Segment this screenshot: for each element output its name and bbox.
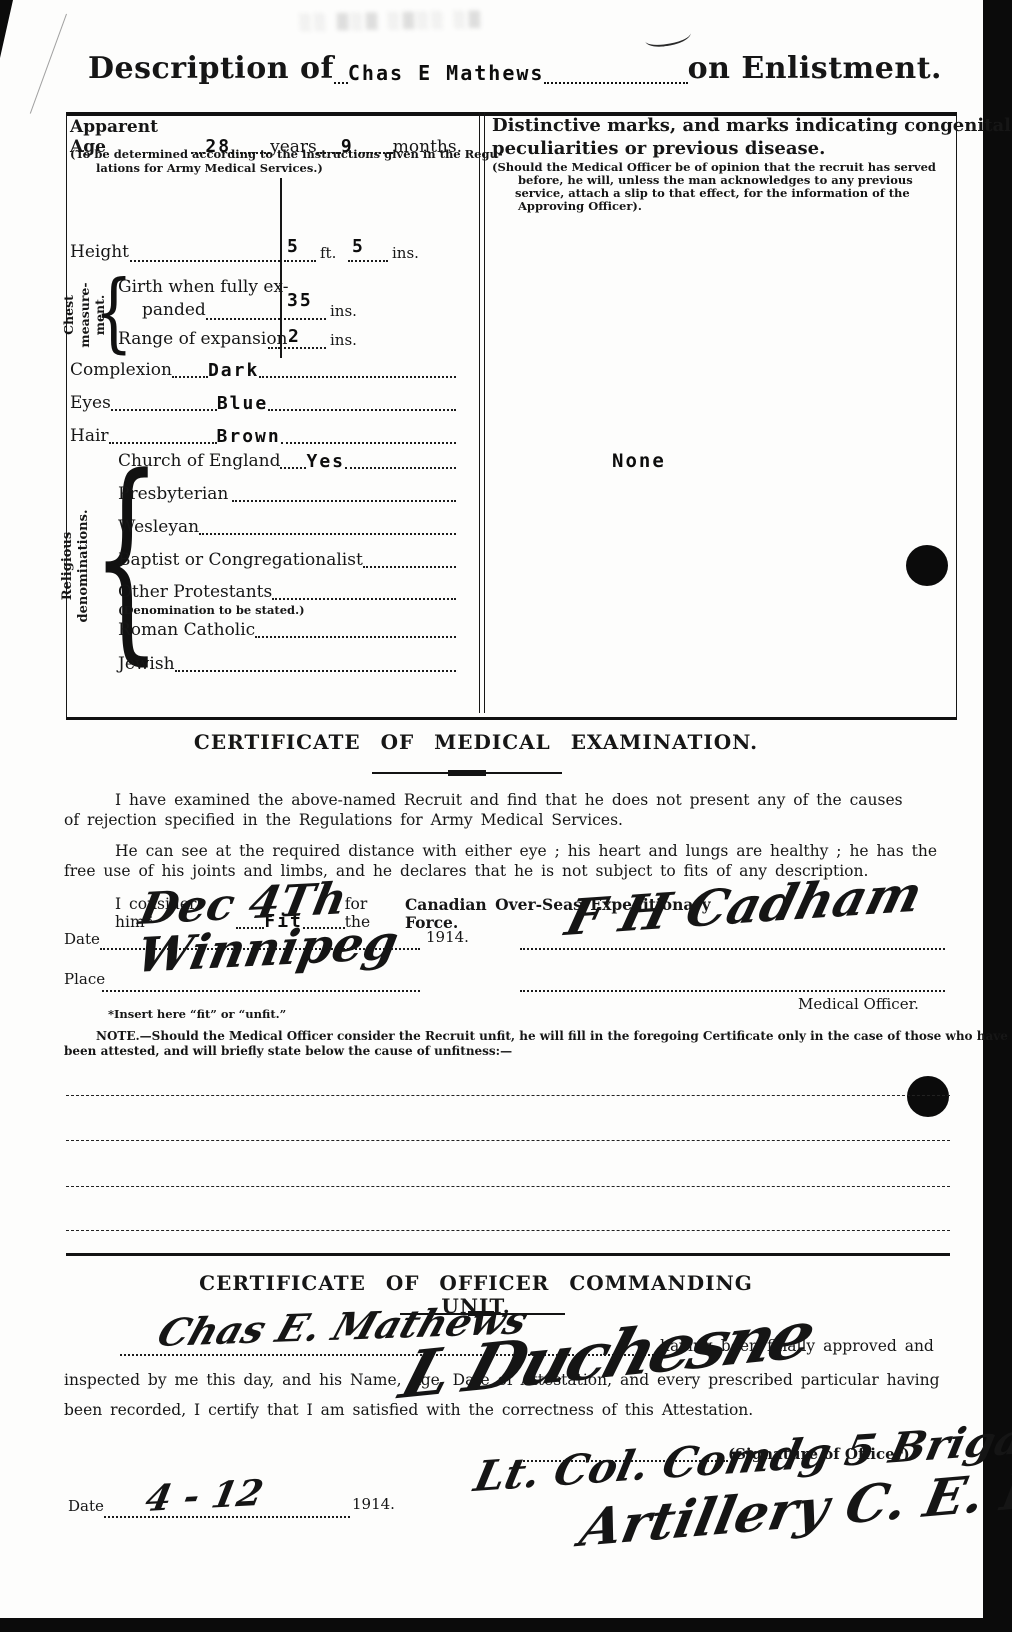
religion-row-jewish: Jewish <box>118 655 456 675</box>
complexion-label: Complexion <box>70 361 172 381</box>
officer-date-label: Date <box>68 1498 104 1515</box>
medical-place-label: Place <box>64 971 105 988</box>
range-label: Range of expansion <box>118 330 288 350</box>
religion-label: Baptist or Congregationalist <box>118 551 363 571</box>
religion-label: Presbyterian <box>118 485 228 505</box>
marks-value: None <box>612 450 666 472</box>
medical-certificate-heading: CERTIFICATE OF MEDICAL EXAMINATION. <box>156 731 796 754</box>
leader <box>172 374 208 378</box>
girth-value: 35 <box>287 290 313 311</box>
age-note-line2: lations for Army Medical Services.) <box>96 162 323 176</box>
scan-line-artifact <box>30 14 68 114</box>
medical-para2-line1: He can see at the required distance with… <box>115 843 937 861</box>
leader <box>268 345 280 349</box>
religion-label: Other Protestants <box>118 583 272 603</box>
leader <box>280 465 306 469</box>
age-note-line1: (To be determined according to the instr… <box>70 148 503 162</box>
scan-edge-strip-bottom <box>0 1618 1012 1632</box>
blank-line-2 <box>66 1138 950 1141</box>
religion-row-roman-catholic: Roman Catholic <box>118 621 456 641</box>
description-box-divider <box>479 112 485 713</box>
leader <box>281 440 456 444</box>
marks-note-line4: Approving Officer). <box>518 200 642 214</box>
medical-officer-label: Medical Officer. <box>798 996 919 1013</box>
religions-label-line: Religious <box>60 532 75 600</box>
hair-value: Brown <box>217 426 281 447</box>
leader <box>206 316 280 320</box>
religions-label-line: denominations. <box>76 510 91 623</box>
height-inches-unit: ins. <box>392 245 419 262</box>
girth-unit: ins. <box>330 303 357 320</box>
religion-label: Wesleyan <box>118 518 199 538</box>
marks-heading-line2: peculiarities or previous disease. <box>492 139 825 160</box>
leader <box>348 258 388 262</box>
religion-label: Church of England <box>118 452 280 472</box>
height-feet-unit: ft. <box>320 245 336 262</box>
leader <box>284 316 326 320</box>
title-suffix: on Enlistment. <box>688 52 942 87</box>
range-value: 2 <box>288 326 301 347</box>
leader <box>232 498 456 502</box>
religion-row-wesleyan: Wesleyan <box>118 518 456 538</box>
leader <box>111 407 217 411</box>
complexion-row: Complexion Dark <box>70 360 456 381</box>
scan-corner-artifact <box>0 0 13 58</box>
medical-note-line2: been attested, and will briefly state be… <box>64 1045 512 1059</box>
leader <box>345 465 456 469</box>
complexion-value: Dark <box>208 360 259 381</box>
eyes-value: Blue <box>217 393 268 414</box>
leader <box>255 634 456 638</box>
height-inches-value: 5 <box>352 236 365 257</box>
blank-line-3 <box>66 1184 950 1187</box>
medical-note-line1: NOTE.—Should the Medical Officer conside… <box>96 1030 1008 1044</box>
religion-row-church-of-england: Church of England Yes <box>118 451 456 472</box>
medical-date-year: 1914. <box>426 929 469 946</box>
leader <box>272 596 456 600</box>
leader <box>363 564 456 568</box>
eyes-row: Eyes Blue <box>70 393 456 414</box>
chest-label-line: Chest <box>61 295 76 335</box>
girth-label-line1: Girth when fully ex- <box>118 278 288 298</box>
signature-upper-line <box>520 946 945 950</box>
blank-line-1 <box>66 1093 950 1096</box>
section-rule <box>66 1253 950 1256</box>
religion-label: Roman Catholic <box>118 621 255 641</box>
blank-line-4 <box>66 1228 950 1231</box>
medical-date-label: Date <box>64 931 100 948</box>
signature-lower-line <box>520 988 945 992</box>
form-title: Description of Chas E Mathews on Enlistm… <box>88 52 942 87</box>
officer-date-year: 1914. <box>352 1496 395 1513</box>
title-leader <box>544 80 687 84</box>
attestation-form-page: ░░ ▒░▒ ░▒░░ ░▒ Description of Chas E Mat… <box>0 0 1012 1632</box>
officer-date-handwriting: 4 - 12 <box>142 1472 267 1520</box>
range-unit: ins. <box>330 332 357 349</box>
pen-mark-artifact <box>644 26 692 49</box>
fit-unfit-footnote: *Insert here “fit” or “unfit.” <box>108 1008 286 1022</box>
title-prefix: Description of <box>88 52 334 87</box>
religion-row-other-protestants: Other Protestants <box>118 583 456 603</box>
recruit-name-typed: Chas E Mathews <box>348 61 545 85</box>
eyes-label: Eyes <box>70 394 111 414</box>
leader <box>175 668 456 672</box>
chest-label-line: measure- <box>77 282 92 347</box>
scan-edge-strip-right <box>983 0 1012 1632</box>
leader <box>199 531 456 535</box>
title-leader <box>334 80 348 84</box>
punch-hole-bottom <box>907 1076 949 1117</box>
heading-divider-thick <box>448 770 486 776</box>
medical-para1-line1: I have examined the above-named Recruit … <box>115 792 903 810</box>
leader <box>284 345 326 349</box>
other-protestants-note: (Denomination to be stated.) <box>118 604 305 618</box>
leader <box>130 258 280 262</box>
height-feet-value: 5 <box>287 236 300 257</box>
leader <box>259 374 456 378</box>
height-label: Height <box>70 243 129 263</box>
marks-heading-line1: Distinctive marks, and marks indicating … <box>492 116 1011 137</box>
girth-label-line2: panded <box>142 301 206 321</box>
leader <box>284 258 316 262</box>
religion-row-baptist: Baptist or Congregationalist <box>118 551 456 571</box>
church-of-england-value: Yes <box>306 451 345 472</box>
religion-label: Jewish <box>118 655 175 675</box>
religion-row-presbyterian: Presbyterian <box>118 485 456 505</box>
ghost-text-smudge: ░░ ▒░▒ ░▒░░ ░▒ <box>300 10 483 31</box>
medical-place-line <box>102 988 420 992</box>
medical-para1-line2: of rejection specified in the Regulation… <box>64 812 623 830</box>
leader <box>268 407 456 411</box>
